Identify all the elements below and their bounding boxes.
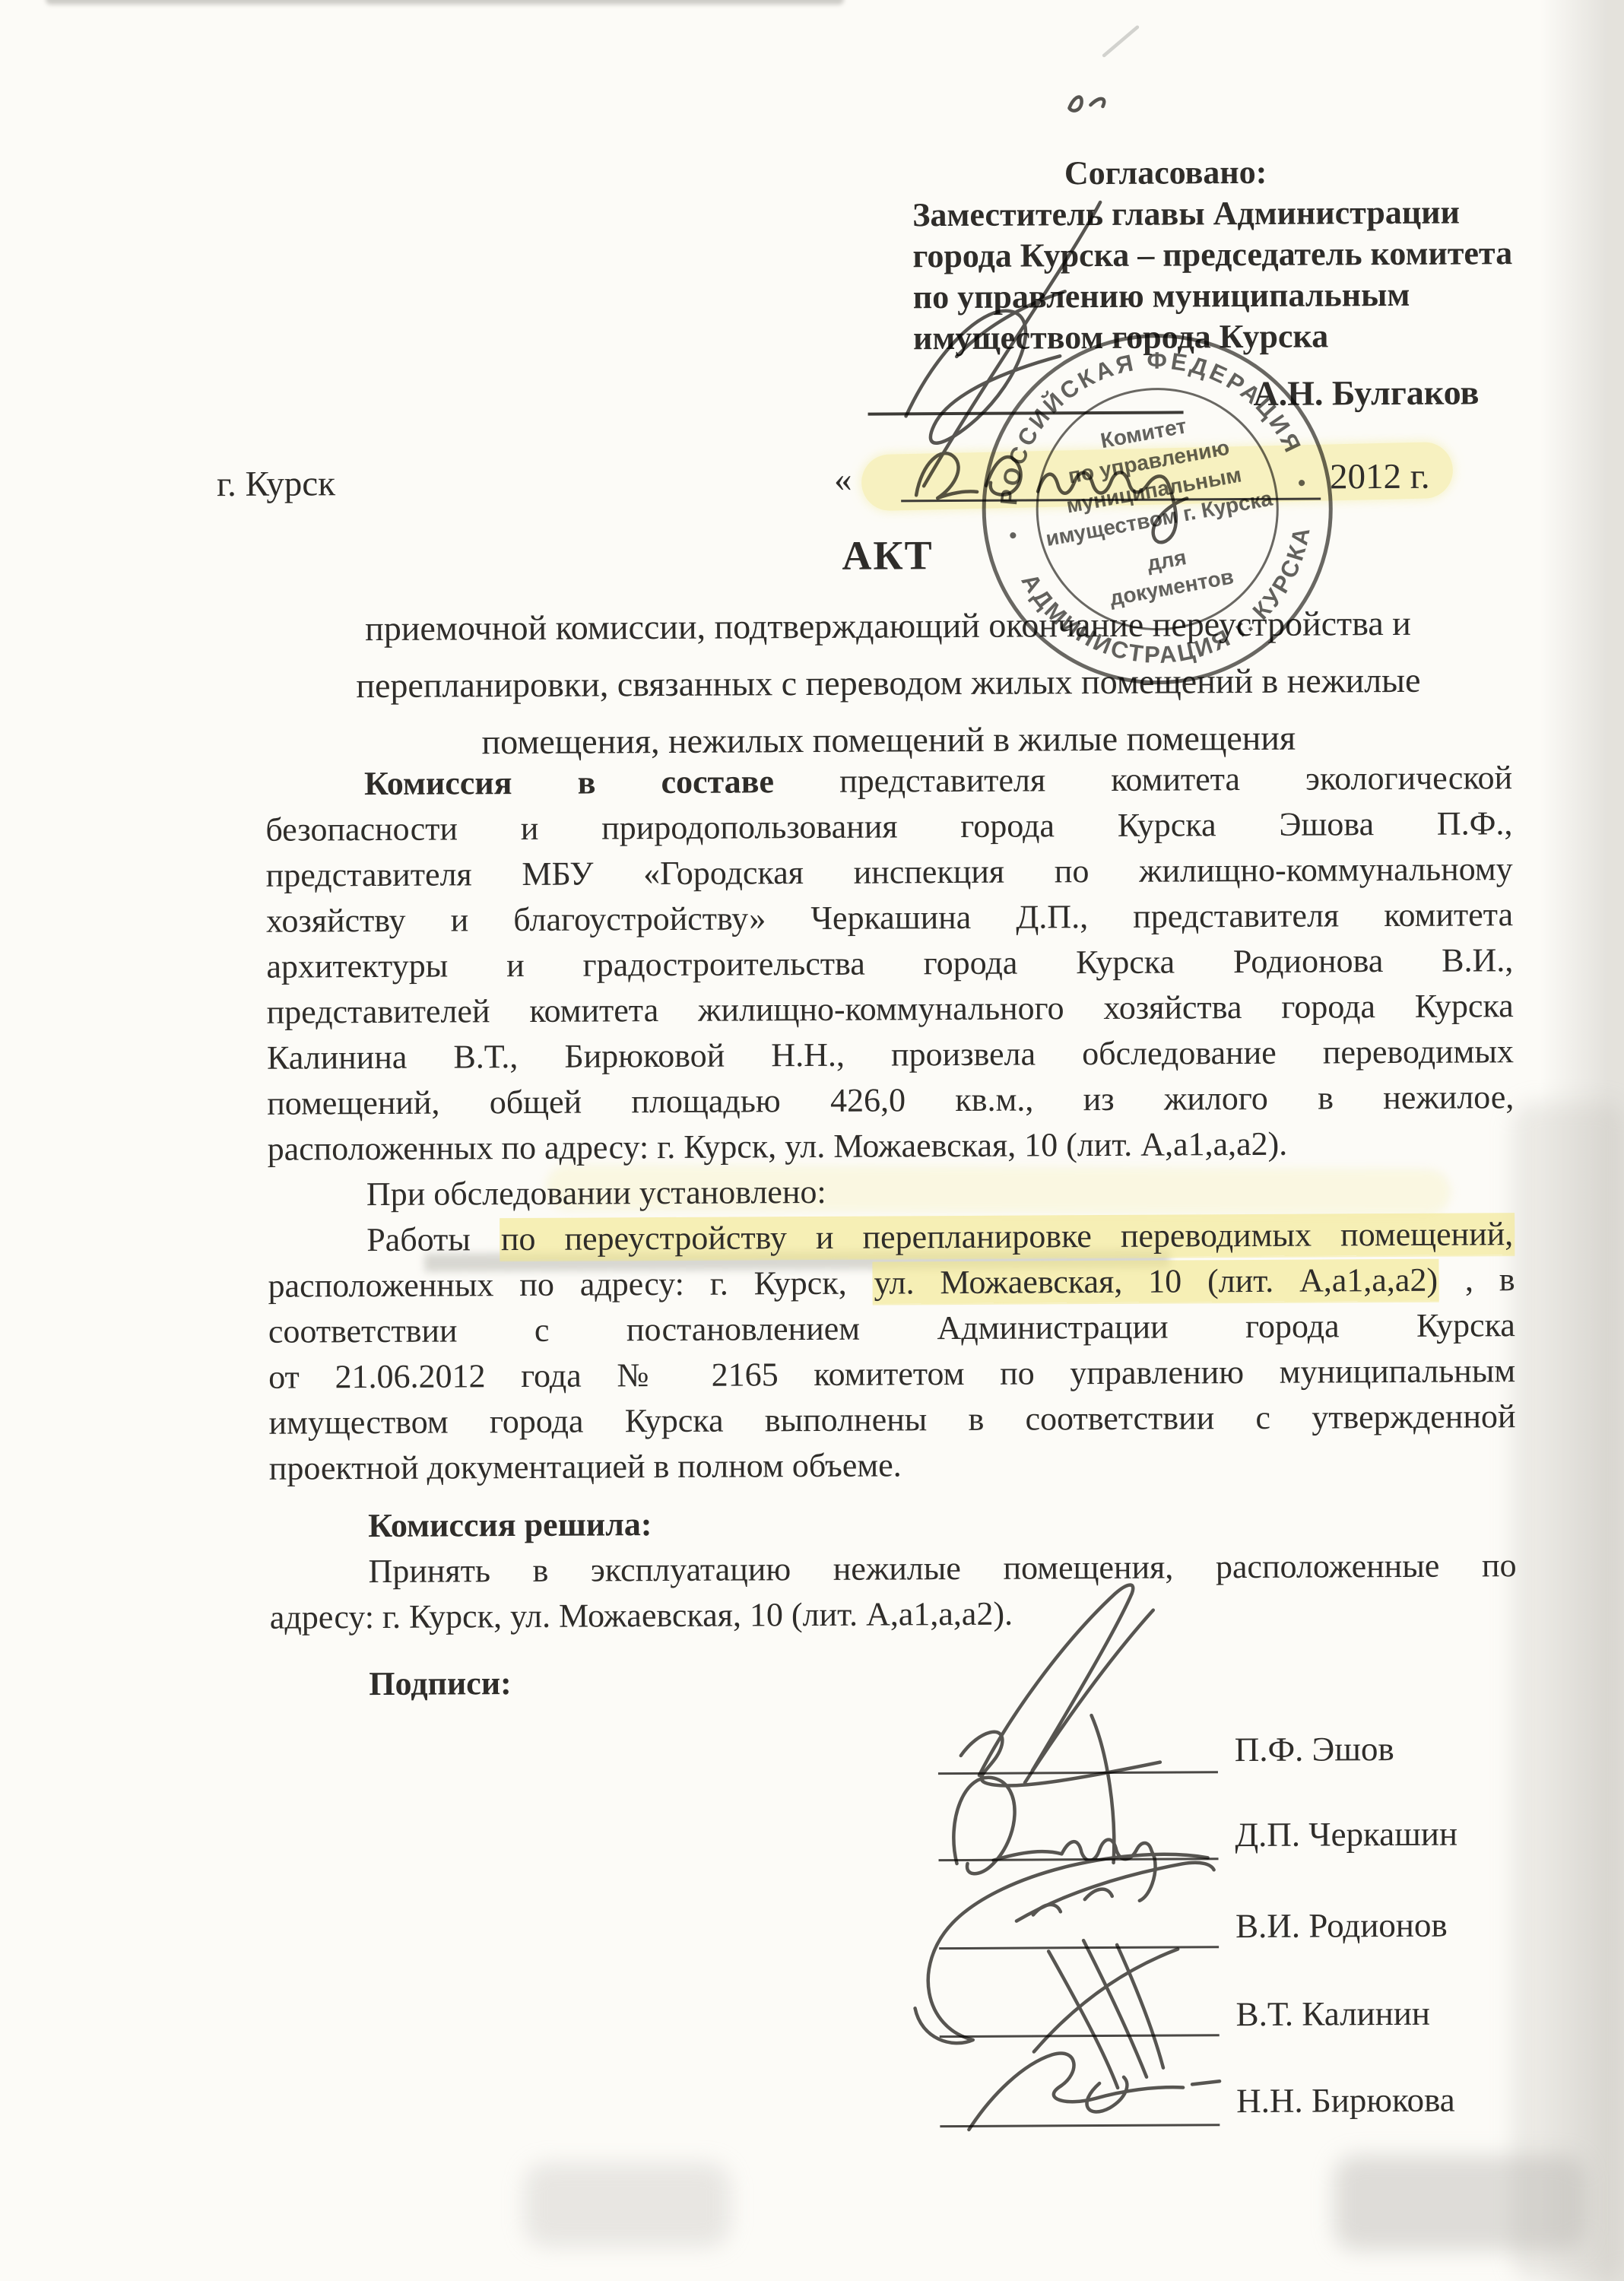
body-text-segment: Калинина В.Т., Бирюковой Н.Н., произвела…	[267, 1033, 1514, 1077]
body-line: Подписи:	[270, 1655, 1517, 1708]
body-line: расположенных по адресу: г. Курск, ул. М…	[267, 1120, 1514, 1172]
body-text: Комиссия в составе представителя комитет…	[265, 755, 1517, 1708]
body-text-segment: хозяйству и благоустройству» Черкашина Д…	[266, 896, 1513, 940]
body-text-segment: представителя комитета экологической	[839, 759, 1512, 800]
body-line: проектной документацией в полном объеме.	[269, 1439, 1516, 1492]
subtitle-line: приемочной комиссии, подтверждающий окон…	[265, 594, 1511, 658]
body-line: архитектуры и градостроительства города …	[266, 937, 1513, 990]
signature-line	[939, 1946, 1219, 1949]
body-line: помещений, общей площадью 426,0 кв.м., и…	[267, 1074, 1514, 1127]
signature-name: П.Ф. Эшов	[1235, 1729, 1394, 1769]
signature-name: В.И. Родионов	[1235, 1905, 1448, 1946]
signature-stroke-kalinin	[1033, 1940, 1178, 2111]
body-text-segment: Комиссия решила:	[368, 1505, 652, 1544]
body-line: представителя МБУ «Городская инспекция п…	[266, 846, 1513, 899]
body-text-segment: При обследовании установлено:	[366, 1173, 826, 1213]
body-line: Калинина В.Т., Бирюковой Н.Н., произвела…	[267, 1029, 1514, 1081]
signature-name: В.Т. Калинин	[1235, 1994, 1430, 2034]
signature-line	[940, 2124, 1220, 2127]
body-text-segment: адресу: г. Курск, ул. Можаевская, 10 (ли…	[270, 1595, 1013, 1636]
signature-line	[938, 1771, 1218, 1775]
subtitle-line: перепланировки, связанных с переводом жи…	[265, 651, 1511, 715]
approval-line: Заместитель главы Администрации	[912, 192, 1536, 236]
body-line: При обследовании установлено:	[268, 1166, 1515, 1218]
place-label: г. Курск	[217, 463, 335, 505]
body-line: соответствии с постановлением Администра…	[268, 1302, 1515, 1355]
body-text-segment: представителей комитета жилищно-коммунал…	[267, 987, 1514, 1031]
date-open-quote: «	[834, 459, 852, 500]
approval-block: Согласовано: Заместитель главы Администр…	[912, 151, 1537, 359]
body-text-segment: Комиссия в составе	[364, 763, 839, 802]
body-text-segment: безопасности и природопользования города…	[265, 804, 1512, 849]
body-text-segment: представителя МБУ «Городская инспекция п…	[266, 850, 1513, 894]
highlighted-text: по переустройству и перепланировке перев…	[500, 1213, 1515, 1260]
approval-label: Согласовано:	[1064, 151, 1536, 194]
scanned-document-page: Согласовано: Заместитель главы Администр…	[0, 0, 1624, 2281]
approval-line: города Курска – председатель комитета	[912, 233, 1536, 277]
body-text-segment: архитектуры и градостроительства города …	[266, 941, 1513, 985]
body-text-segment: Работы	[366, 1220, 500, 1258]
approval-line: имуществом города Курска	[913, 315, 1537, 359]
signature-name: Н.Н. Бирюкова	[1236, 2080, 1455, 2121]
date-year: 2012 г.	[1330, 456, 1430, 498]
signature-name: Д.П. Черкашин	[1235, 1814, 1457, 1855]
body-text-segment: помещений, общей площадью 426,0 кв.м., и…	[267, 1078, 1514, 1122]
signature-line	[939, 1857, 1219, 1861]
body-text-segment: Принять в эксплуатацию нежилые помещения…	[368, 1547, 1516, 1590]
body-text-segment: от 21.06.2012 года № 2165 комитетом по у…	[268, 1352, 1515, 1396]
body-text-segment: Подписи:	[369, 1664, 512, 1702]
body-line: Комиссия в составе представителя комитет…	[265, 755, 1512, 807]
body-text-segment: имуществом города Курска выполнены в соо…	[268, 1397, 1515, 1442]
body-line: Комиссия решила:	[269, 1497, 1516, 1550]
document-subtitle: приемочной комиссии, подтверждающий окон…	[265, 594, 1512, 772]
body-text-segment: расположенных по адресу: г. Курск,	[268, 1264, 872, 1305]
signer-signature-line	[868, 383, 1183, 415]
approval-line: по управлению муниципальным	[913, 274, 1537, 318]
highlighted-text: ул. Можаевская, 10 (лит. А,а1,а,а2)	[872, 1259, 1439, 1304]
body-line: Принять в эксплуатацию нежилые помещения…	[269, 1543, 1516, 1595]
body-line: от 21.06.2012 года № 2165 комитетом по у…	[268, 1348, 1515, 1401]
signer-name: А.Н. Булгаков	[1253, 372, 1479, 414]
document-content: Согласовано: Заместитель главы Администр…	[0, 0, 1624, 2281]
body-line: расположенных по адресу: г. Курск, ул. М…	[268, 1257, 1515, 1309]
body-line: представителей комитета жилищно-коммунал…	[267, 983, 1514, 1036]
body-text-segment: , в	[1439, 1261, 1515, 1299]
body-text-segment: проектной документацией в полном объеме.	[269, 1446, 902, 1486]
body-line: адресу: г. Курск, ул. Можаевская, 10 (ли…	[270, 1588, 1517, 1641]
body-line: хозяйству и благоустройству» Черкашина Д…	[266, 892, 1513, 944]
stamp-center-line: Комитет	[1099, 414, 1188, 452]
document-title: АКТ	[264, 528, 1511, 582]
pen-mark	[1069, 27, 1138, 111]
date-blank-line	[901, 467, 1321, 502]
signature-line	[940, 2034, 1220, 2038]
signature-stroke-biryukova	[969, 2052, 1220, 2130]
body-line: безопасности и природопользования города…	[265, 801, 1512, 853]
body-text-segment: расположенных по адресу: г. Курск, ул. М…	[267, 1125, 1287, 1168]
signature-stroke-cherkashin	[953, 1715, 1156, 1902]
body-text-segment: соответствии с постановлением Администра…	[268, 1306, 1515, 1350]
body-line: Работы по переустройству и перепланировк…	[268, 1211, 1515, 1264]
body-line: имуществом города Курска выполнены в соо…	[268, 1394, 1515, 1446]
